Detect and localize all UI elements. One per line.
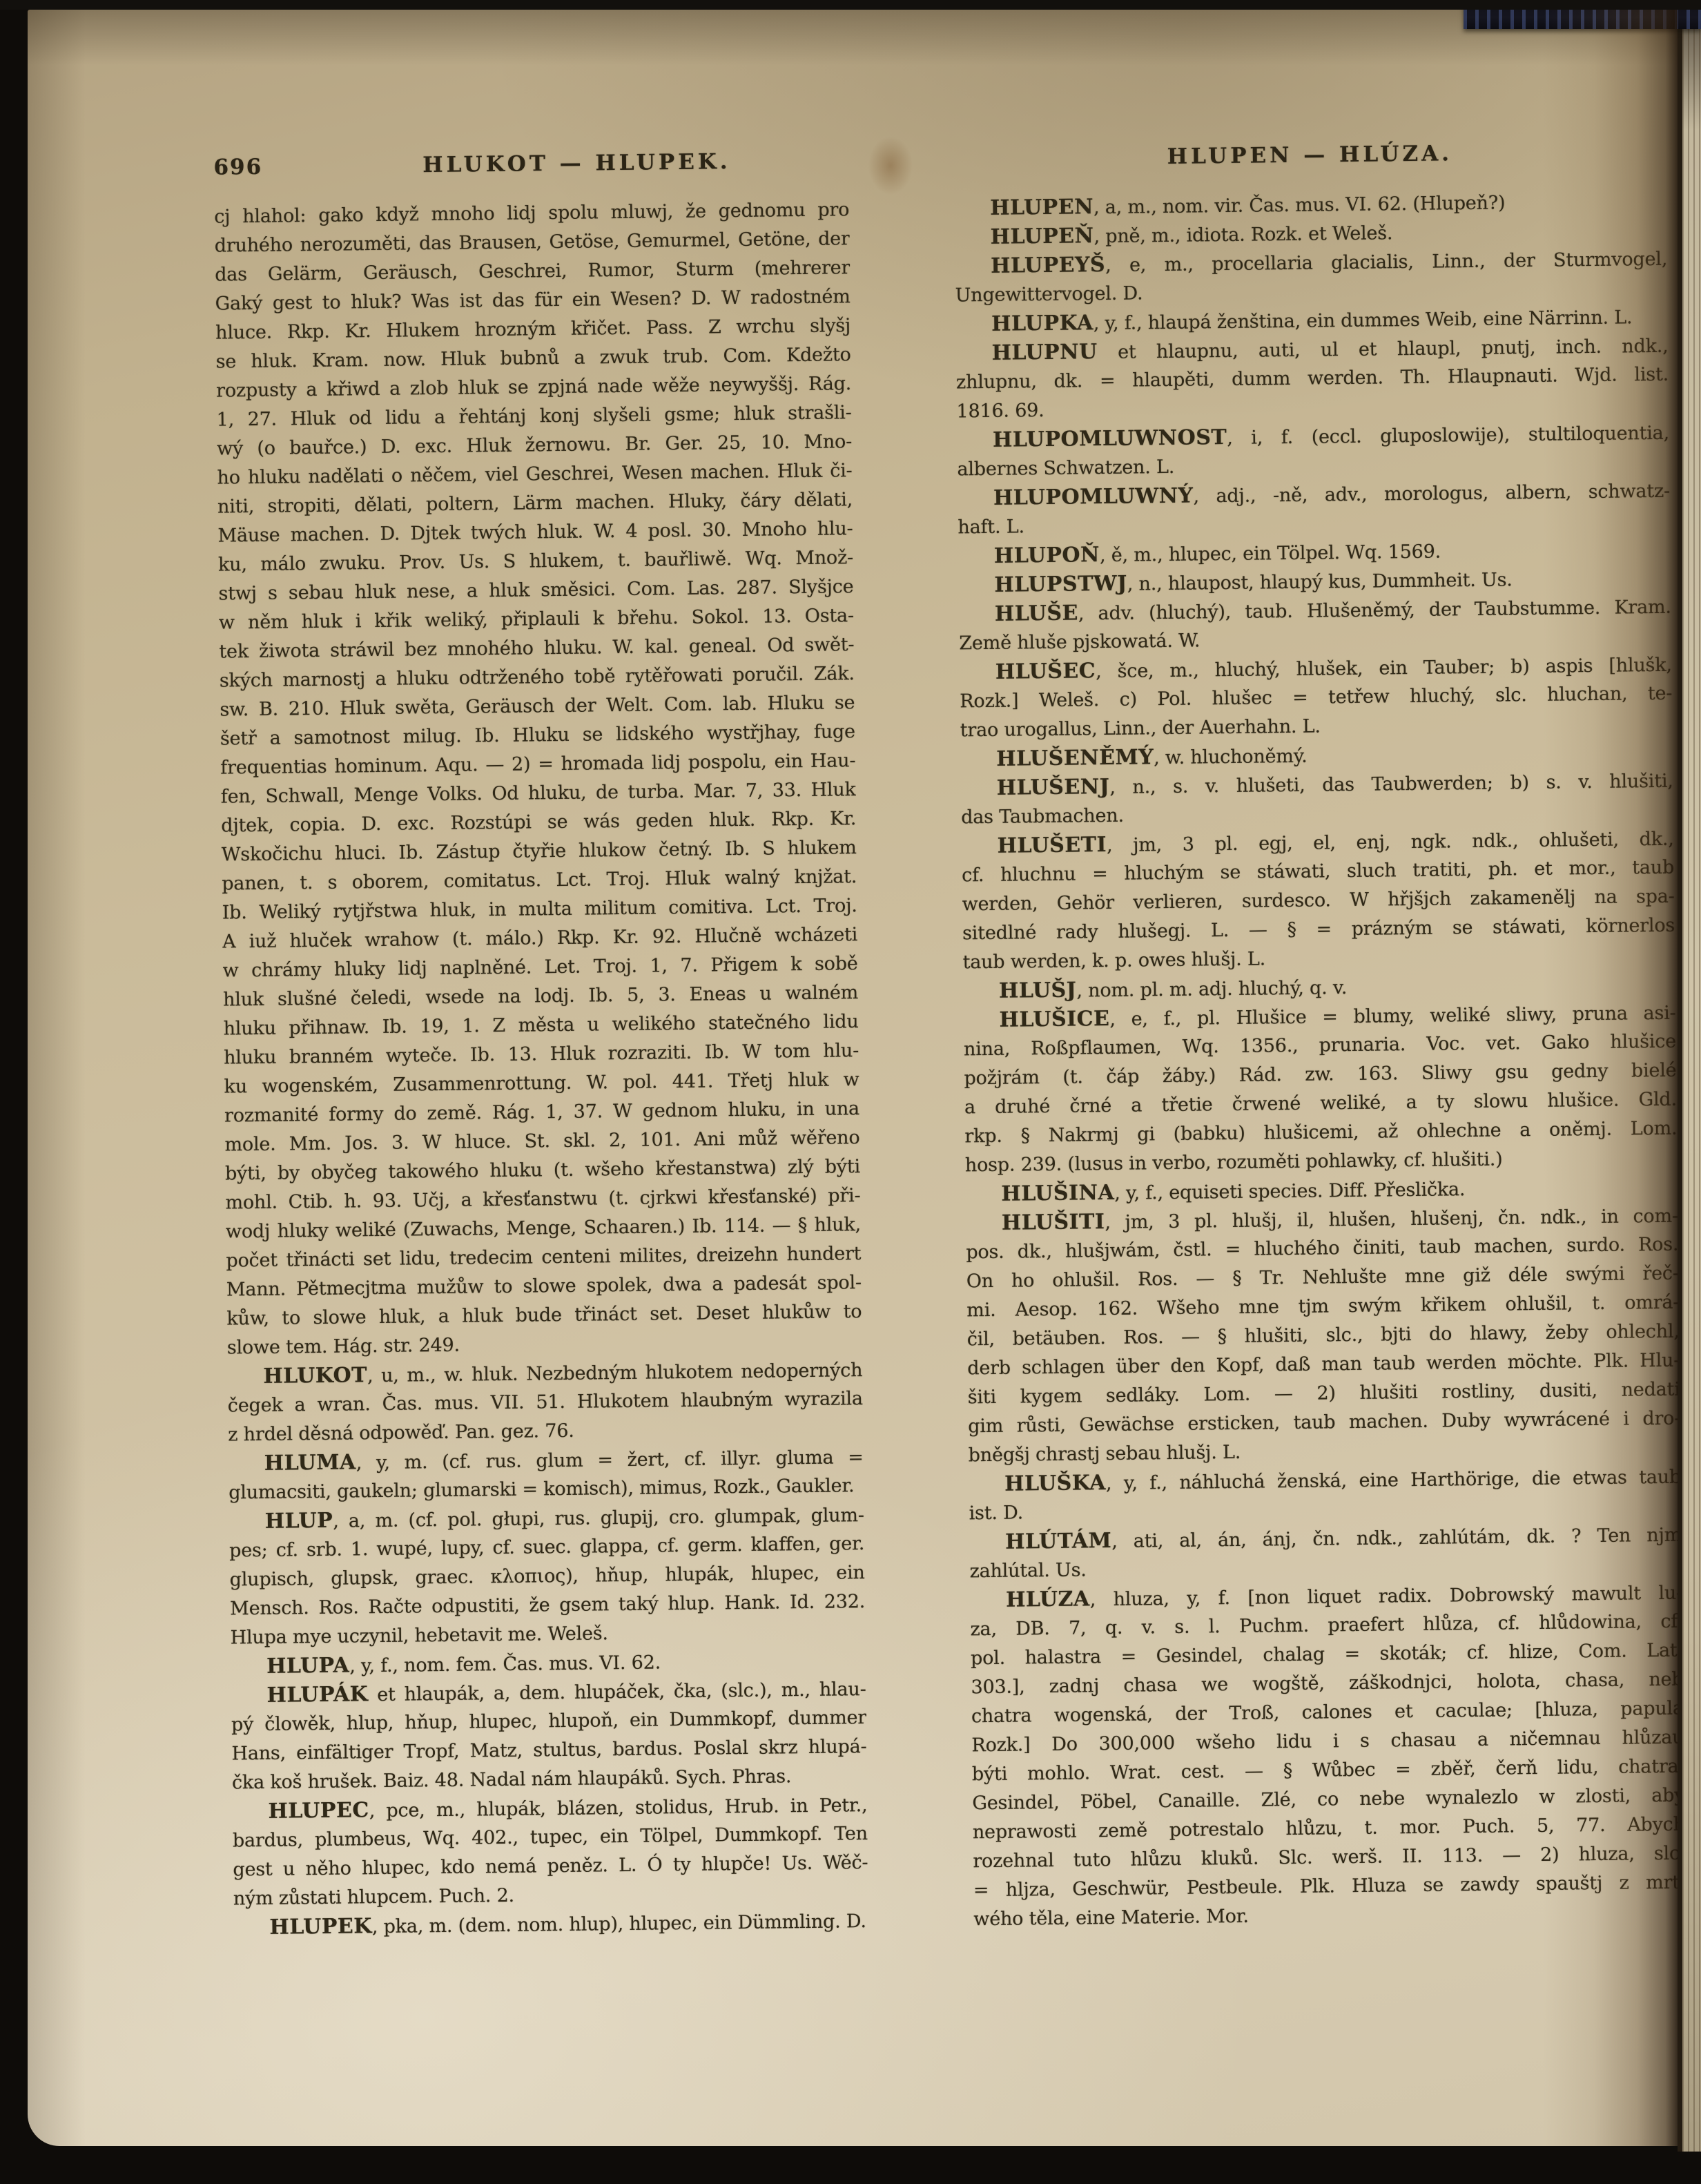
- scanned-dictionary-page: { "page": { "number": "696", "left_heade…: [0, 0, 1701, 2184]
- entry-continuation: cj hlahol: gako když mnoho lidj spolu ml…: [214, 195, 862, 1362]
- entry-hlušec: HLUŠEC, šce, m., hluchý, hlušek, ein Tau…: [960, 650, 1673, 746]
- headword: HLUPEN: [990, 195, 1093, 220]
- page-paper: 696 HLUKOT — HLUPEK. cj hlahol: gako kdy…: [28, 10, 1678, 2146]
- entry-hlupec: HLUPEC, pce, m., hlupák, blázen, stolidu…: [232, 1790, 868, 1913]
- page-number: 696: [213, 153, 262, 182]
- right-column: HLUPEN — HLÚZA. HLUPEN, a, m., nom. vir.…: [953, 137, 1678, 1935]
- left-column-text: cj hlahol: gako když mnoho lidj spolu ml…: [214, 195, 869, 1942]
- headword: HLUŠETI: [997, 833, 1107, 858]
- headword: HLUŠKA: [1004, 1471, 1106, 1496]
- headword: HLUPEŇ: [990, 224, 1093, 249]
- headword: HLUPOMLUWNÝ: [993, 484, 1194, 510]
- entry-hlútám: HLÚTÁM, ati, al, án, ánj, čn. ndk., zahl…: [969, 1520, 1678, 1587]
- entry-hlukot: HLUKOT, u, m., w. hluk. Nezbedným hlukot…: [227, 1355, 863, 1449]
- entry-hluška: HLUŠKA, y, f., náhluchá ženská, eine Har…: [969, 1462, 1678, 1529]
- headword: HLUPA: [266, 1654, 350, 1679]
- entry-hlúza: HLÚZA, hluza, y, f. [non liquet radix. D…: [970, 1578, 1678, 1935]
- left-column: 696 HLUKOT — HLUPEK. cj hlahol: gako kdy…: [213, 146, 868, 1942]
- headword: HLÚTÁM: [1005, 1529, 1112, 1554]
- scan-border-top: [0, 0, 1701, 10]
- headword: HLUPÁK: [266, 1682, 368, 1708]
- right-header-row: HLUPEN — HLÚZA.: [953, 137, 1666, 174]
- printed-content: 696 HLUKOT — HLUPEK. cj hlahol: gako kdy…: [213, 137, 1678, 1943]
- headword: HLUŠICE: [999, 1007, 1109, 1032]
- entry-hlupnu: HLUPNU et hlaupnu, auti, ul et hlaupl, p…: [955, 331, 1669, 427]
- running-head-left: HLUKOT — HLUPEK.: [422, 149, 731, 177]
- headword: HLUPKA: [991, 311, 1093, 336]
- headword: HLUP: [265, 1509, 333, 1534]
- book-page-edges: [1678, 23, 1701, 2152]
- entry-hlupák: HLUPÁK et hlaupák, a, dem. hlupáček, čka…: [231, 1674, 867, 1797]
- entry-hlupeyš: HLUPEYŠ, e, m., procellaria glacialis, L…: [955, 244, 1668, 311]
- entry-hlušeti: HLUŠETI, jm, 3 pl. egj, el, enj, ngk. nd…: [961, 824, 1675, 978]
- entry-hlupomluwnost: HLUPOMLUWNOST, i, f. (eccl. gluposlowije…: [957, 418, 1670, 485]
- headword: HLUŠENJ: [997, 775, 1110, 800]
- entry-hlupomluwný: HLUPOMLUWNÝ, adj., -ně, adv., morologus,…: [958, 476, 1671, 543]
- headword: HLÚZA: [1006, 1587, 1090, 1612]
- entry-hlušiti: HLUŠITI, jm, 3 pl. hlušj, il, hlušen, hl…: [966, 1201, 1678, 1471]
- headword: HLUPEYŠ: [991, 253, 1105, 278]
- headword: HLUŠJ: [999, 978, 1077, 1003]
- headword: HLUKOT: [263, 1363, 367, 1389]
- headword: HLUŠITI: [1002, 1210, 1105, 1235]
- headword: HLUPNU: [991, 340, 1097, 365]
- headword: HLUPEC: [268, 1798, 369, 1824]
- entry-hluma: HLUMA, y, m. (cf. rus. glum = žert, cf. …: [229, 1442, 864, 1507]
- headword: HLUPOMLUWNOST: [993, 425, 1227, 452]
- right-column-text: HLUPEN, a, m., nom. vir. Čas. mus. VI. 6…: [954, 186, 1678, 1935]
- running-head-right: HLUPEN — HLÚZA.: [1167, 141, 1453, 169]
- headword: HLUMA: [264, 1450, 356, 1476]
- entry-hlup: HLUP, a, m. (cf. pol. głupi, rus. glupij…: [229, 1500, 865, 1652]
- headword: HLUŠE: [995, 601, 1078, 626]
- headword: HLUŠEC: [995, 659, 1096, 684]
- left-header-row: 696 HLUKOT — HLUPEK.: [213, 146, 848, 182]
- headword: HLUŠENĚMÝ: [996, 745, 1154, 771]
- headword: HLUŠINA: [1001, 1181, 1114, 1206]
- headword: HLUPSTWJ: [994, 572, 1127, 597]
- entry-hlušenj: HLUŠENJ, n., s. v. hlušeti, das Taubwerd…: [961, 766, 1674, 833]
- entry-hluše: HLUŠE, adv. (hluchý), taub. Hlušeněmý, d…: [959, 592, 1672, 659]
- entry-hlušice: HLUŠICE, e, f., pl. Hlušice = blumy, wel…: [963, 998, 1678, 1181]
- headword: HLUPEK: [269, 1914, 372, 1940]
- headword: HLUPOŇ: [994, 543, 1100, 568]
